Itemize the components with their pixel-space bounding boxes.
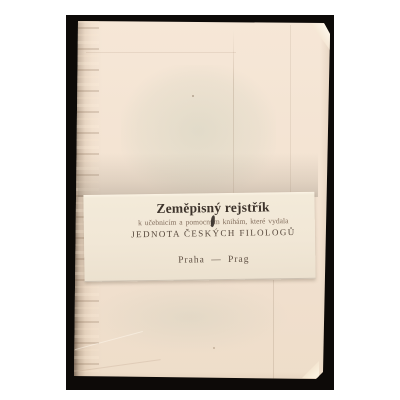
crease-line — [273, 280, 274, 380]
corner-fold-bottom-right — [302, 361, 319, 378]
cover-discoloration-patch — [92, 281, 287, 353]
dust-speck — [213, 347, 215, 349]
crease-line — [86, 52, 236, 53]
pasted-title-label: Zeměpisný rejstřík k učebnicím a pomocný… — [83, 192, 315, 282]
label-place: Praha — Prag — [114, 254, 313, 267]
dust-speck — [192, 95, 194, 97]
label-top-shadow — [78, 153, 318, 197]
label-publisher: JEDNOTA ČESKÝCH FILOLOGŮ — [114, 227, 313, 240]
book-photo: Zeměpisný rejstřík k učebnicím a pomocný… — [66, 15, 334, 390]
label-text-block: Zeměpisný rejstřík k učebnicím a pomocný… — [113, 192, 313, 281]
page-background: Zeměpisný rejstřík k učebnicím a pomocný… — [0, 0, 400, 400]
book-cover: Zeměpisný rejstřík k učebnicím a pomocný… — [66, 15, 334, 390]
corner-fold-top-right — [309, 23, 330, 50]
